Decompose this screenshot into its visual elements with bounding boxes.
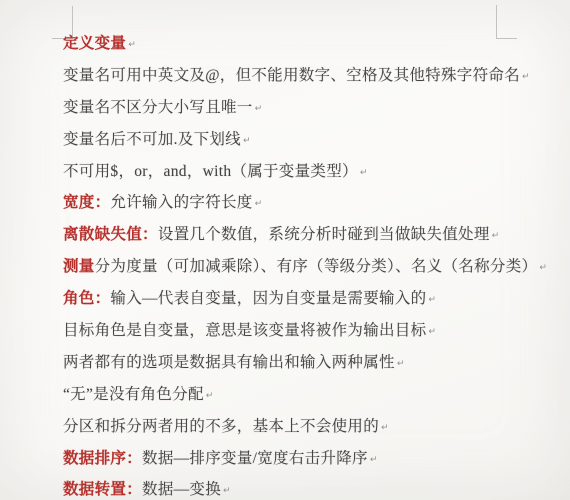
paragraph-return-icon: ↵ xyxy=(206,391,214,401)
paragraph-return-icon: ↵ xyxy=(128,40,136,50)
paragraph-return-icon: ↵ xyxy=(522,72,530,82)
paragraph: 数据转置：数据—变换↵ xyxy=(63,472,560,500)
paragraph: 分区和拆分两者用的不多，基本上不会使用的↵ xyxy=(63,409,560,441)
paragraph-return-icon: ↵ xyxy=(223,486,231,496)
paragraph: 变量名不区分大小写且唯一↵ xyxy=(63,90,560,122)
document-page: 定义变量↵变量名可用中英文及@，但不能用数字、空格及其他特殊字符命名↵变量名不区… xyxy=(0,0,570,500)
term-label: 宽度： xyxy=(63,190,110,212)
paragraph-text: 数据—排序变量/宽度右击升降序 xyxy=(142,446,368,468)
term-label: 离散缺失值： xyxy=(63,222,158,244)
paragraph-return-icon: ↵ xyxy=(243,136,251,146)
term-label: 角色： xyxy=(63,286,110,308)
term-label: 数据排序： xyxy=(63,446,142,468)
term-label: 测量 xyxy=(63,254,95,276)
paragraph-return-icon: ↵ xyxy=(492,231,500,241)
term-label: 数据转置： xyxy=(63,477,142,499)
paragraph-return-icon: ↵ xyxy=(255,199,263,209)
paragraph-text: 允许输入的字符长度 xyxy=(110,190,252,212)
paragraph: 变量名可用中英文及@，但不能用数字、空格及其他特殊字符命名↵ xyxy=(63,58,560,90)
paragraph-text: 两者都有的选项是数据具有输出和输入两种属性 xyxy=(63,350,395,372)
paragraph: 宽度：允许输入的字符长度↵ xyxy=(63,185,560,217)
document-title-paragraph: 定义变量↵ xyxy=(63,26,560,58)
paragraph-text: 目标角色是自变量，意思是该变量将被作为输出目标 xyxy=(63,318,426,340)
paragraph: 角色：输入—代表自变量，因为自变量是需要输入的↵ xyxy=(63,281,560,313)
paragraph-text: 分区和拆分两者用的不多，基本上不会使用的 xyxy=(63,414,379,436)
paragraph-return-icon: ↵ xyxy=(370,455,378,465)
paragraph-text: 设置几个数值，系统分析时碰到当做缺失值处理 xyxy=(158,222,490,244)
paragraph-text: 变量名后不可加.及下划线 xyxy=(63,127,241,149)
paragraph: 变量名后不可加.及下划线↵ xyxy=(63,122,560,154)
paragraph: 离散缺失值：设置几个数值，系统分析时碰到当做缺失值处理↵ xyxy=(63,217,560,249)
paragraph-text: 变量名不区分大小写且唯一 xyxy=(63,95,253,117)
paragraph-text: 变量名可用中英文及@，但不能用数字、空格及其他特殊字符命名 xyxy=(63,63,520,85)
paragraph-return-icon: ↵ xyxy=(397,359,405,369)
paragraph: “无”是没有角色分配↵ xyxy=(63,377,560,409)
paragraph: 不可用$，or，and，with（属于变量类型）↵ xyxy=(63,154,560,186)
paragraph-text: 不可用$，or，and，with（属于变量类型） xyxy=(63,159,358,181)
paragraph-return-icon: ↵ xyxy=(255,104,263,114)
paragraph-text: “无”是没有角色分配 xyxy=(63,382,204,404)
paragraph-return-icon: ↵ xyxy=(381,423,389,433)
paragraph: 数据排序：数据—排序变量/宽度右击升降序↵ xyxy=(63,441,560,473)
paragraph: 测量分为度量（可加减乘除）、有序（等级分类）、名义（名称分类）↵ xyxy=(63,249,560,281)
paragraph-return-icon: ↵ xyxy=(428,295,436,305)
section-heading: 定义变量 xyxy=(63,31,126,53)
paragraph-text: 分为度量（可加减乘除）、有序（等级分类）、名义（名称分类） xyxy=(95,254,538,276)
paragraph-return-icon: ↵ xyxy=(539,263,547,273)
paragraph-text: 输入—代表自变量，因为自变量是需要输入的 xyxy=(110,286,426,308)
paragraph: 目标角色是自变量，意思是该变量将被作为输出目标↵ xyxy=(63,313,560,345)
paragraph: 两者都有的选项是数据具有输出和输入两种属性↵ xyxy=(63,345,560,377)
document-body: 定义变量↵变量名可用中英文及@，但不能用数字、空格及其他特殊字符命名↵变量名不区… xyxy=(63,26,560,500)
paragraph-return-icon: ↵ xyxy=(360,168,368,178)
paragraph-return-icon: ↵ xyxy=(428,327,436,337)
paragraph-text: 数据—变换 xyxy=(142,477,221,499)
